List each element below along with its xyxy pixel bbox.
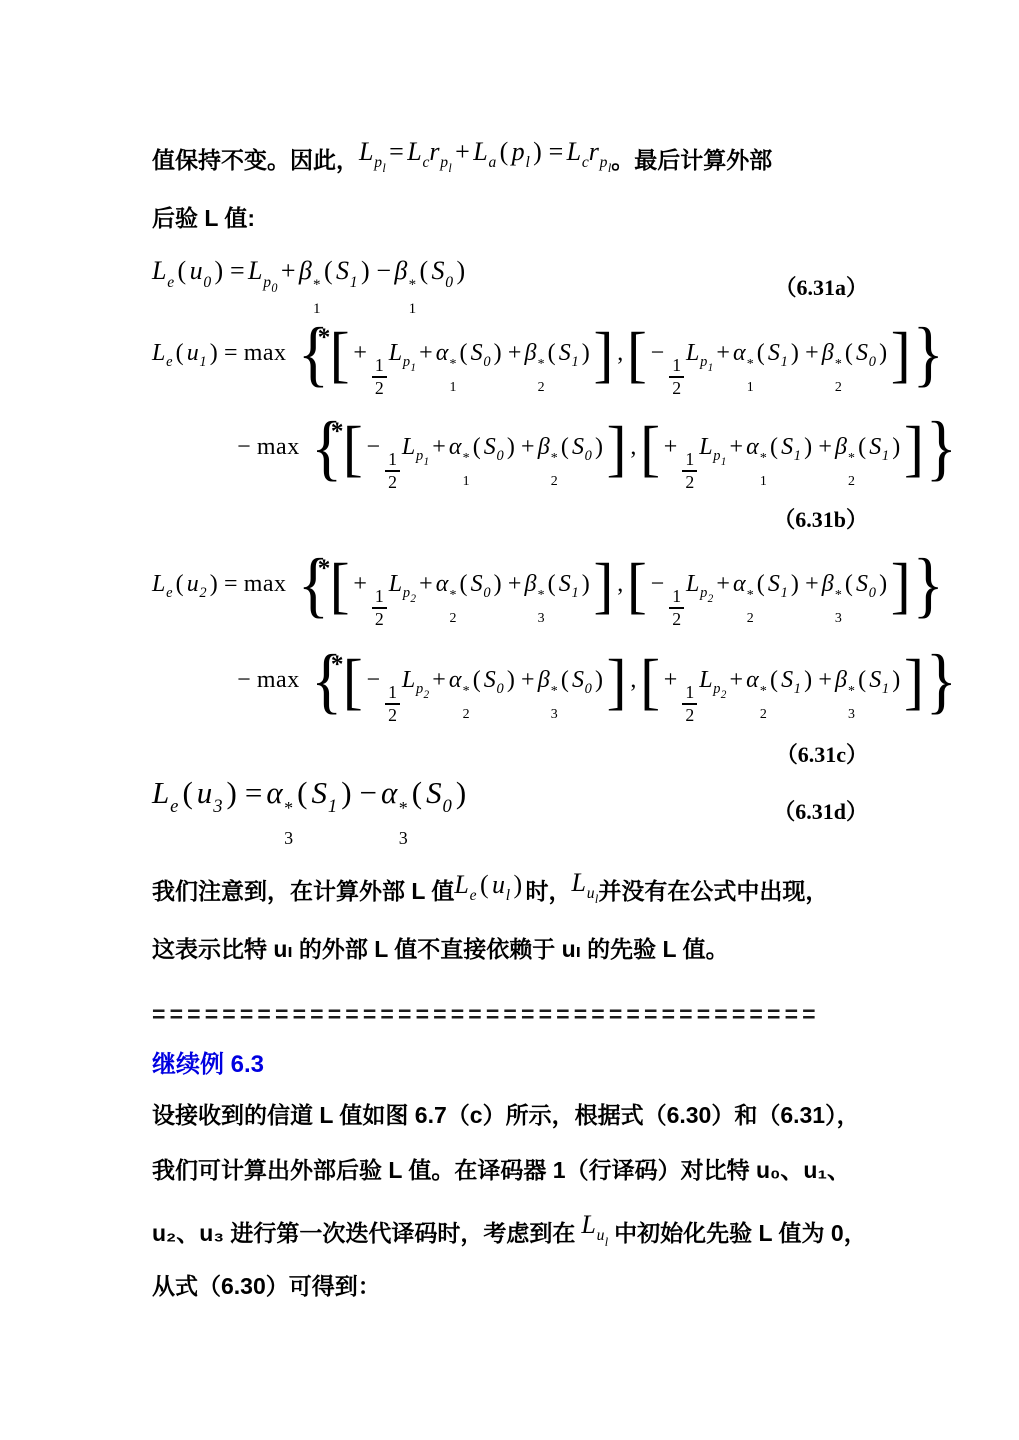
math-token: 2 <box>672 609 681 630</box>
math-token: , <box>614 571 626 597</box>
math-token: α*2 <box>733 571 754 626</box>
math-token: Lp2 <box>402 667 429 702</box>
para3-text-3a: u₂、u₃ 进行第一次迭代译码时，考虑到在 <box>152 1211 575 1255</box>
math-token: = <box>221 340 241 366</box>
math-token: S1 <box>781 434 801 465</box>
math-token: 1 <box>682 449 697 472</box>
para2-text-3: 并没有在公式中出现， <box>598 869 828 913</box>
math-token: S0 <box>484 434 504 465</box>
inline-math-l-ul-2: Lul <box>575 1203 614 1263</box>
math-token: L <box>407 137 421 166</box>
math-token: = <box>545 137 566 166</box>
math-token: u3 <box>197 775 223 817</box>
math-token: [ <box>640 417 660 480</box>
math-token: ( <box>496 137 511 166</box>
math-token: *3 <box>848 685 855 721</box>
math-token: − <box>647 340 667 366</box>
math-token: 1 <box>372 355 387 378</box>
math-token: S0 <box>572 434 592 465</box>
paragraph-3-line-3: u₂、u₃ 进行第一次迭代译码时，考虑到在 Lul 中初始化先验 L 值为 0， <box>152 1203 868 1263</box>
math-token: + <box>713 571 733 597</box>
math-token: L <box>152 256 166 285</box>
math-token: *1 <box>760 452 767 488</box>
math-token: S1 <box>781 667 801 698</box>
math-token: , <box>614 340 626 366</box>
math-token: 2 <box>449 612 456 626</box>
math-token: ( <box>408 775 426 810</box>
math-token: β <box>299 256 312 285</box>
math-token: ) <box>889 434 903 460</box>
math-token: α <box>381 775 397 810</box>
math-token: ( <box>545 340 559 366</box>
math-token: u2 <box>187 571 207 602</box>
math-token: + <box>452 137 473 166</box>
math-token: ) <box>453 256 468 285</box>
math-token: Le <box>152 775 178 817</box>
math-token: * <box>538 358 545 372</box>
math-token: ( <box>767 434 781 460</box>
math-token: ( <box>456 571 470 597</box>
math-token: ) <box>530 137 545 166</box>
math-token: ) <box>788 340 802 366</box>
math-token: 2 <box>538 381 545 395</box>
math-token: u <box>187 571 199 597</box>
math-token: + <box>416 571 436 597</box>
math-token: * <box>835 358 842 372</box>
math-token: Le <box>454 863 476 918</box>
math-token: 2 <box>375 609 384 630</box>
math-token: α <box>449 434 462 460</box>
equation-label-6-31a: （6.31a） <box>774 271 868 302</box>
math-token: α <box>733 340 746 366</box>
equation-label-row-6-31b: （6.31b） <box>152 503 868 534</box>
math-token: 12 <box>372 355 387 399</box>
math-token: [ <box>627 323 647 386</box>
math-token: * <box>463 452 470 466</box>
math-token: L <box>686 571 699 597</box>
math-token: * <box>313 278 321 293</box>
math-token: ] <box>594 323 614 386</box>
math-token: ( <box>558 667 572 693</box>
math-token: ( <box>842 340 856 366</box>
math-token: + <box>505 340 525 366</box>
math-token: max <box>241 340 297 366</box>
math-token: S <box>559 340 571 366</box>
math-token: * <box>284 799 293 817</box>
math-token: ( <box>293 775 311 810</box>
math-token: S0 <box>484 667 504 698</box>
math-token: 2 <box>375 378 384 399</box>
paragraph-2-line-1: 我们注意到，在计算外部 L 值 Le(ul) 时， Lul 并没有在公式中出现， <box>152 861 868 921</box>
math-token: *2 <box>848 452 855 488</box>
math-token: 1 <box>372 586 387 609</box>
math-token: α <box>746 434 759 460</box>
math-token: S0 <box>856 571 876 602</box>
math-token: 1 <box>747 381 754 395</box>
math-token: ) <box>876 571 890 597</box>
math-token: [ <box>330 554 350 617</box>
math-token: + <box>277 256 298 285</box>
equation-6-31c-math-2: −max{*[−12Lp2+α*2(S0)+β*3(S0)],[+12Lp2+α… <box>152 649 958 726</box>
math-token: 2 <box>835 381 842 395</box>
math-token: β*1 <box>394 256 416 317</box>
math-token: { <box>298 549 329 622</box>
math-token: α*1 <box>733 340 754 395</box>
math-token: ( <box>172 340 186 366</box>
math-token: α*1 <box>746 434 767 489</box>
math-token: 1 <box>781 585 788 601</box>
math-token: ) <box>207 340 221 366</box>
math-token: * <box>463 685 470 699</box>
math-token: α*1 <box>436 340 457 395</box>
math-token: − <box>373 256 394 285</box>
math-token: 12 <box>385 682 400 726</box>
math-token: p2 <box>700 585 713 601</box>
para2-text-1: 我们注意到，在计算外部 L 值 <box>152 869 454 913</box>
math-token: ) <box>504 667 518 693</box>
math-token: 0 <box>585 448 592 464</box>
math-token: ] <box>607 417 627 480</box>
math-token: S1 <box>869 434 889 465</box>
math-token: *3 <box>399 799 408 846</box>
math-token: max <box>254 667 310 693</box>
math-token: S <box>559 571 571 597</box>
math-token: c <box>582 154 589 171</box>
math-token: + <box>518 667 538 693</box>
math-token: * <box>551 452 558 466</box>
math-token: ] <box>607 650 627 713</box>
math-token: ] <box>594 554 614 617</box>
math-token: [ <box>330 323 350 386</box>
math-token: S1 <box>768 340 788 371</box>
math-token: β*3 <box>822 571 842 626</box>
math-token: β*2 <box>538 434 558 489</box>
math-token: Lp2 <box>389 571 416 606</box>
math-token: L <box>473 137 487 166</box>
math-token: pl <box>600 154 612 171</box>
math-token: , <box>627 434 639 460</box>
math-token: ) <box>491 571 505 597</box>
math-token: ) <box>801 667 815 693</box>
math-token: 1 <box>449 381 456 395</box>
math-token: − <box>234 434 254 460</box>
math-token: 12 <box>372 586 387 630</box>
math-token: 12 <box>682 449 697 493</box>
math-token: α <box>746 667 759 693</box>
math-token: Lp2 <box>686 571 713 606</box>
math-token: 3 <box>284 829 293 847</box>
math-token: + <box>505 571 525 597</box>
math-token: β*2 <box>835 434 855 489</box>
math-token: Lp1 <box>699 434 726 469</box>
math-token: *2 <box>760 685 767 721</box>
math-token: β*3 <box>538 667 558 722</box>
math-token: β <box>538 434 550 460</box>
math-token: − <box>356 775 382 810</box>
math-token: * <box>760 452 767 466</box>
math-token: ( <box>545 571 559 597</box>
math-token: 0 <box>483 585 490 601</box>
math-token: 1 <box>781 354 788 370</box>
math-token: pl <box>374 154 386 171</box>
math-token: p2 <box>416 681 429 697</box>
math-token: ) <box>579 571 593 597</box>
math-token: { <box>311 412 342 485</box>
math-token: Lc <box>407 130 429 185</box>
math-token: ( <box>456 340 470 366</box>
math-token: * <box>551 685 558 699</box>
math-token: max <box>254 434 310 460</box>
math-token: − <box>363 434 383 460</box>
math-token: 1 <box>669 355 684 378</box>
math-token: u1 <box>187 340 207 371</box>
math-token: *2 <box>538 358 545 394</box>
math-token: { <box>311 645 342 718</box>
math-token: 1 <box>199 354 206 370</box>
math-token: } <box>913 318 944 391</box>
equation-6-31d: Le(u3)=α*3(S1)−α*3(S0) （6.31d） <box>152 775 868 846</box>
math-token: ) <box>207 571 221 597</box>
math-token: 3 <box>399 829 408 847</box>
math-token: L <box>389 340 402 366</box>
math-token: ul <box>492 863 510 918</box>
equation-6-31c-line-2: −max{*[−12Lp2+α*2(S0)+β*3(S0)],[+12Lp2+α… <box>152 644 868 730</box>
math-token: 0 <box>483 354 490 370</box>
math-token: S0 <box>471 571 491 602</box>
math-token: S1 <box>869 667 889 698</box>
math-token: *3 <box>835 589 842 625</box>
para1-text-pre: 值保持不变。因此， <box>152 138 359 182</box>
equation-label-6-31d: （6.31d） <box>773 795 868 826</box>
math-token: rpl <box>429 130 451 190</box>
math-token: L <box>152 775 169 810</box>
math-token: − <box>363 667 383 693</box>
math-token: α*2 <box>449 667 470 722</box>
math-token: e <box>470 887 477 904</box>
math-token: 1 <box>760 475 767 489</box>
math-token: ) <box>223 775 241 810</box>
math-token: 2 <box>685 705 694 726</box>
math-token: + <box>429 667 449 693</box>
math-token: ] <box>904 417 924 480</box>
math-token: + <box>661 667 681 693</box>
math-token: S <box>484 434 496 460</box>
example-heading: 继续例 6.3 <box>152 1044 868 1079</box>
math-token: 2 <box>672 378 681 399</box>
math-token: β*2 <box>822 340 842 395</box>
math-token: + <box>726 667 746 693</box>
math-token: , <box>627 667 639 693</box>
para1-text-post: 。最后计算外部 <box>611 138 772 182</box>
math-token: α <box>436 340 449 366</box>
math-token: *3 <box>284 799 293 846</box>
math-token: S0 <box>856 340 876 371</box>
math-token: S <box>869 434 881 460</box>
math-token: S <box>572 434 584 460</box>
math-token: p <box>512 137 525 166</box>
math-token: + <box>350 340 370 366</box>
math-token: 0 <box>443 796 452 817</box>
math-token: p1 <box>700 354 713 370</box>
math-token: + <box>815 667 835 693</box>
math-token: = <box>241 775 267 810</box>
math-token: + <box>429 434 449 460</box>
equation-label-6-31c: （6.31c） <box>776 742 868 767</box>
math-token: ( <box>172 571 186 597</box>
math-token: 1 <box>328 796 337 817</box>
math-token: 3 <box>835 612 842 626</box>
math-token: p1 <box>416 448 429 464</box>
math-token: *2 <box>463 685 470 721</box>
math-token: β*1 <box>299 256 321 317</box>
math-token: * <box>835 589 842 603</box>
equation-6-31b-line-1: Le(u1)=max{*[+12Lp1+α*1(S0)+β*2(S1)],[−1… <box>152 317 868 403</box>
math-token: S1 <box>768 571 788 602</box>
math-token: *2 <box>835 358 842 394</box>
math-token: ( <box>767 667 781 693</box>
math-token: * <box>538 589 545 603</box>
math-token: 1 <box>385 682 400 705</box>
equation-6-31b-math-1: Le(u1)=max{*[+12Lp1+α*1(S0)+β*2(S1)],[−1… <box>152 322 945 399</box>
document-page: 值保持不变。因此， Lpl=Lcrpl+La(pl)=Lcrpl 。最后计算外部… <box>0 0 1019 1440</box>
math-token: + <box>416 340 436 366</box>
math-token: α*2 <box>436 571 457 626</box>
math-token: L <box>402 667 415 693</box>
math-token: ( <box>470 434 484 460</box>
math-token: p1 <box>403 354 416 370</box>
math-token: } <box>926 645 957 718</box>
math-token: ( <box>178 775 196 810</box>
math-token: ( <box>477 870 492 899</box>
math-token: 1 <box>669 586 684 609</box>
math-token: ( <box>416 256 431 285</box>
math-token: ) <box>358 256 373 285</box>
math-token: L <box>686 340 699 366</box>
math-token: = <box>227 256 248 285</box>
math-token: β*2 <box>525 340 545 395</box>
paragraph-3-line-4: 从式（6.30）可得到： <box>152 1264 868 1319</box>
math-token: S1 <box>311 775 337 817</box>
paragraph-1-line-2: 后验 L 值: <box>152 196 868 240</box>
math-token: } <box>926 412 957 485</box>
math-token: L <box>389 571 402 597</box>
math-token: *1 <box>313 278 321 318</box>
math-token: Le <box>152 571 172 602</box>
math-token: p0 <box>263 274 277 291</box>
math-token: + <box>661 434 681 460</box>
math-token: α <box>436 571 449 597</box>
math-token: ( <box>754 571 768 597</box>
inline-math-l-ul: Lul <box>572 861 599 921</box>
math-token: β*3 <box>525 571 545 626</box>
math-token: ) <box>889 667 903 693</box>
math-token: [ <box>343 417 363 480</box>
math-token: 1 <box>682 682 697 705</box>
math-token: rpl <box>589 130 611 190</box>
math-token: S <box>336 256 349 285</box>
math-token: β <box>822 571 834 597</box>
math-token: ( <box>321 256 336 285</box>
equation-6-31b-math-2: −max{*[−12Lp1+α*1(S0)+β*2(S0)],[+12Lp1+α… <box>152 416 958 493</box>
document-content: 值保持不变。因此， Lpl=Lcrpl+La(pl)=Lcrpl 。最后计算外部… <box>152 130 868 1319</box>
math-token: = <box>386 137 407 166</box>
math-token: Lp1 <box>686 340 713 375</box>
math-token: S1 <box>336 256 358 291</box>
equation-6-31c-line-1: Le(u2)=max{*[+12Lp2+α*2(S0)+β*3(S1)],[−1… <box>152 548 868 634</box>
math-token: pl <box>440 154 452 171</box>
math-token: L <box>581 1210 595 1239</box>
math-token: 1 <box>794 448 801 464</box>
math-token: S1 <box>559 340 579 371</box>
math-token: u <box>492 870 505 899</box>
math-token: S <box>869 667 881 693</box>
math-token: 0 <box>497 448 504 464</box>
paragraph-1-line-1: 值保持不变。因此， Lpl=Lcrpl+La(pl)=Lcrpl 。最后计算外部 <box>152 130 868 190</box>
math-token: Lul <box>572 861 599 921</box>
math-token: = <box>221 571 241 597</box>
math-token: + <box>802 571 822 597</box>
para3-text-3b: 中初始化先验 L 值为 0， <box>614 1211 867 1255</box>
math-token: S <box>781 667 793 693</box>
math-token: ul <box>597 1227 609 1244</box>
math-token: [ <box>640 650 660 713</box>
math-token: L <box>567 137 581 166</box>
math-token: 0 <box>585 681 592 697</box>
math-token: * <box>760 685 767 699</box>
math-token: p1 <box>713 448 726 464</box>
math-token: u <box>197 775 213 810</box>
math-token: p2 <box>403 585 416 601</box>
math-token: c <box>422 154 429 171</box>
math-token: 2 <box>199 585 206 601</box>
math-token: * <box>409 278 417 293</box>
equation-6-31d-math: Le(u3)=α*3(S1)−α*3(S0) <box>152 775 470 846</box>
math-token: Le <box>152 340 172 371</box>
math-token: β*3 <box>835 667 855 722</box>
math-token: α*1 <box>449 434 470 489</box>
math-token: 2 <box>747 612 754 626</box>
math-token: ( <box>470 667 484 693</box>
math-token: 0 <box>869 585 876 601</box>
math-token: ) <box>510 870 525 899</box>
math-token: S <box>768 571 780 597</box>
math-token: Lp1 <box>389 340 416 375</box>
paragraph-2-line-2: 这表示比特 uₗ 的外部 L 值不直接依赖于 uₗ 的先验 L 值。 <box>152 927 868 971</box>
math-token: + <box>802 340 822 366</box>
para2-text-2: 时， <box>526 869 572 913</box>
math-token: 12 <box>669 355 684 399</box>
math-token: 1 <box>409 302 417 317</box>
math-token: [ <box>627 554 647 617</box>
math-token: ) <box>491 340 505 366</box>
math-token: ] <box>904 650 924 713</box>
math-token: 3 <box>538 612 545 626</box>
math-token: Lp0 <box>248 256 277 295</box>
math-token: ul <box>587 885 599 902</box>
equation-6-31a: Le(u0)=Lp0+β*1(S1)−β*1(S0) （6.31a） <box>152 256 868 317</box>
math-token: 0 <box>203 274 211 291</box>
math-token: 1 <box>571 354 578 370</box>
math-token: pl <box>512 130 530 185</box>
math-token: *1 <box>409 278 417 318</box>
math-token: ) <box>504 434 518 460</box>
math-token: 2 <box>388 705 397 726</box>
inline-math-channel-l-value: Lpl=Lcrpl+La(pl)=Lcrpl <box>359 130 611 190</box>
math-token: S0 <box>426 775 452 817</box>
math-token: S <box>781 434 793 460</box>
math-token: } <box>913 549 944 622</box>
math-token: S <box>484 667 496 693</box>
